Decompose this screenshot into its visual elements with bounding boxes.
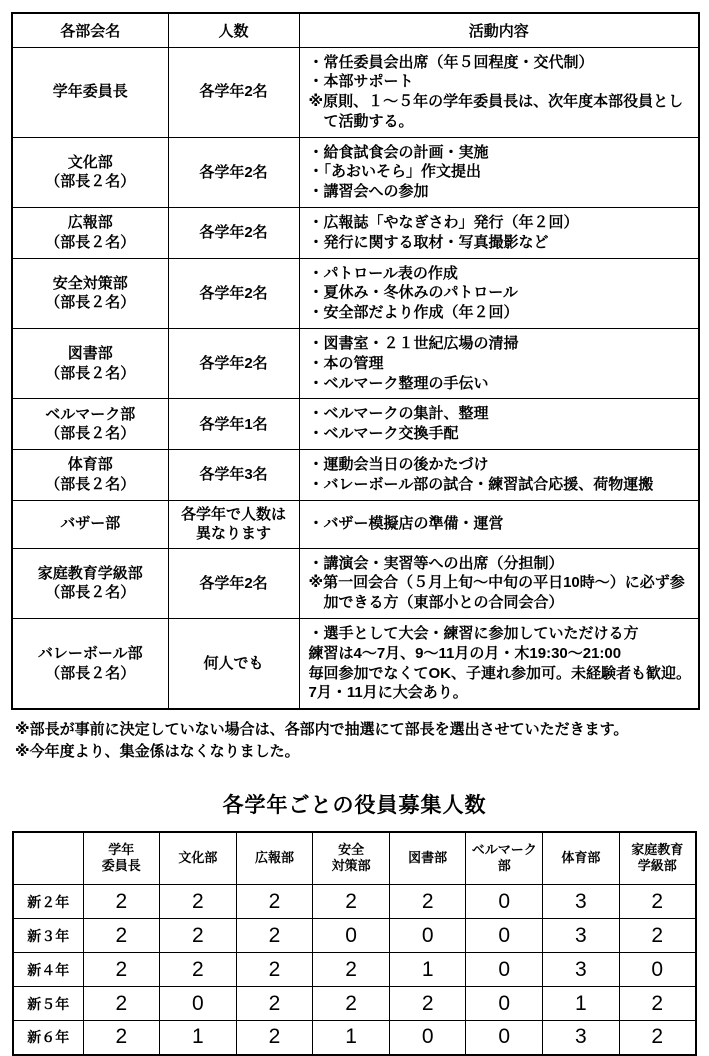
count-cell: 2 bbox=[313, 953, 390, 987]
committee-table: 各部会名 人数 活動内容 学年委員長 各学年2名 ・常任委員会出席（年５回程度・… bbox=[11, 12, 700, 710]
committee-name: 図書部 （部長２名） bbox=[12, 329, 168, 399]
activity-line: ・選手として大会・練習に参加していただける方 bbox=[309, 624, 693, 644]
activity-line: ・「あおいそら」作文提出 bbox=[309, 162, 693, 182]
activity-line: 練習は4～7月、9～11月の月・木19:30～21:00 bbox=[309, 644, 693, 664]
table-row: 体育部 （部長２名） 各学年3名 ・運動会当日の後かたづけ ・バレーボール部の試… bbox=[12, 450, 699, 501]
committee-name: 安全対策部 （部長２名） bbox=[12, 258, 168, 328]
activity-line: ・ベルマーク交換手配 bbox=[309, 424, 693, 444]
count-cell: 1 bbox=[543, 987, 620, 1021]
activity-line: 毎回参加でなくてOK、子連れ参加可。未経験者も歓迎。 bbox=[309, 664, 693, 684]
committee-activities: ・ベルマークの集計、整理 ・ベルマーク交換手配 bbox=[299, 399, 699, 450]
activity-line: ※第一回会合（５月上旬～中旬の平日10時～）に必ず参加できる方（東部小との合同会… bbox=[309, 573, 693, 613]
count-cell: 0 bbox=[313, 919, 390, 953]
grade-label: 新２年 bbox=[13, 885, 83, 919]
table-row: 学年委員長 各学年2名 ・常任委員会出席（年５回程度・交代制） ・本部サポート … bbox=[12, 47, 699, 137]
committee-count: 各学年で人数は 異なります bbox=[168, 500, 299, 548]
count-cell: 2 bbox=[619, 987, 696, 1021]
table-row: 広報部 （部長２名） 各学年2名 ・広報誌「やなぎさわ」発行（年２回） ・発行に… bbox=[12, 208, 699, 259]
table-row: ベルマーク部 （部長２名） 各学年1名 ・ベルマークの集計、整理 ・ベルマーク交… bbox=[12, 399, 699, 450]
count-cell: 2 bbox=[83, 953, 160, 987]
grade-label: 新４年 bbox=[13, 953, 83, 987]
count-cell: 2 bbox=[236, 987, 313, 1021]
count-cell: 0 bbox=[389, 1021, 466, 1055]
recruitment-row: 新３年 2 2 2 0 0 0 3 2 bbox=[13, 919, 696, 953]
committee-count: 各学年3名 bbox=[168, 450, 299, 501]
committee-header-row: 各部会名 人数 活動内容 bbox=[12, 13, 699, 47]
footnotes: ※部長が事前に決定していない場合は、各部内で抽選にて部長を選出させていただきます… bbox=[15, 719, 709, 763]
recruitment-row: 新５年 2 0 2 2 2 0 1 2 bbox=[13, 987, 696, 1021]
count-cell: 0 bbox=[466, 1021, 543, 1055]
committee-activities: ・選手として大会・練習に参加していただける方 練習は4～7月、9～11月の月・木… bbox=[299, 619, 699, 710]
header-member-count: 人数 bbox=[168, 13, 299, 47]
table-row: 文化部 （部長２名） 各学年2名 ・給食試食会の計画・実施 ・「あおいそら」作文… bbox=[12, 137, 699, 207]
activity-line: ・本の管理 bbox=[309, 354, 693, 374]
committee-activities: ・広報誌「やなぎさわ」発行（年２回） ・発行に関する取材・写真撮影など bbox=[299, 208, 699, 259]
recruitment-row: 新２年 2 2 2 2 2 0 3 2 bbox=[13, 885, 696, 919]
count-cell: 3 bbox=[543, 953, 620, 987]
activity-line: ※原則、１～５年の学年委員長は、次年度本部役員として活動する。 bbox=[309, 92, 693, 132]
activity-line: 7月・11月に大会あり。 bbox=[309, 683, 693, 703]
committee-activities: ・図書室・２１世紀広場の清掃 ・本の管理 ・ベルマーク整理の手伝い bbox=[299, 329, 699, 399]
activity-line: ・運動会当日の後かたづけ bbox=[309, 455, 693, 475]
committee-name: ベルマーク部 （部長２名） bbox=[12, 399, 168, 450]
count-cell: 0 bbox=[466, 987, 543, 1021]
committee-count: 何人でも bbox=[168, 619, 299, 710]
activity-line: ・バザー模擬店の準備・運営 bbox=[309, 514, 693, 534]
activity-line: ・図書室・２１世紀広場の清掃 bbox=[309, 334, 693, 354]
header-kohobu: 広報部 bbox=[236, 832, 313, 885]
activity-line: ・講習会への参加 bbox=[309, 182, 693, 202]
committee-count: 各学年1名 bbox=[168, 399, 299, 450]
count-cell: 3 bbox=[543, 885, 620, 919]
committee-name: 家庭教育学級部 （部長２名） bbox=[12, 548, 168, 618]
committee-activities: ・講演会・実習等への出席（分担制） ※第一回会合（５月上旬～中旬の平日10時～）… bbox=[299, 548, 699, 618]
footnote-line: ※部長が事前に決定していない場合は、各部内で抽選にて部長を選出させていただきます… bbox=[15, 719, 709, 741]
footnote-line: ※今年度より、集金係はなくなりました。 bbox=[15, 741, 709, 763]
header-taiikubu: 体育部 bbox=[543, 832, 620, 885]
table-row: バレーボール部 （部長２名） 何人でも ・選手として大会・練習に参加していただけ… bbox=[12, 619, 699, 710]
activity-line: ・バレーボール部の試合・練習試合応援、荷物運搬 bbox=[309, 475, 693, 495]
count-cell: 2 bbox=[313, 987, 390, 1021]
activity-line: ・発行に関する取材・写真撮影など bbox=[309, 233, 693, 253]
activity-line: ・ベルマークの集計、整理 bbox=[309, 404, 693, 424]
count-cell: 2 bbox=[313, 885, 390, 919]
count-cell: 0 bbox=[466, 885, 543, 919]
activity-line: ・安全部だより作成（年２回） bbox=[309, 303, 693, 323]
recruitment-table-title: 各学年ごとの役員募集人数 bbox=[0, 789, 709, 819]
count-cell: 1 bbox=[160, 1021, 237, 1055]
header-bunkabu: 文化部 bbox=[160, 832, 237, 885]
header-activities: 活動内容 bbox=[299, 13, 699, 47]
count-cell: 0 bbox=[160, 987, 237, 1021]
recruitment-table: 学年 委員長 文化部 広報部 安全 対策部 図書部 ベルマーク 部 体育部 家庭… bbox=[12, 831, 697, 1056]
committee-activities: ・給食試食会の計画・実施 ・「あおいそら」作文提出 ・講習会への参加 bbox=[299, 137, 699, 207]
header-toshobu: 図書部 bbox=[389, 832, 466, 885]
committee-name: 学年委員長 bbox=[12, 47, 168, 137]
count-cell: 2 bbox=[236, 919, 313, 953]
count-cell: 0 bbox=[466, 953, 543, 987]
activity-line: ・給食試食会の計画・実施 bbox=[309, 143, 693, 163]
committee-activities: ・常任委員会出席（年５回程度・交代制） ・本部サポート ※原則、１～５年の学年委… bbox=[299, 47, 699, 137]
count-cell: 2 bbox=[619, 919, 696, 953]
corner-cell bbox=[13, 832, 83, 885]
table-row: 安全対策部 （部長２名） 各学年2名 ・パトロール表の作成 ・夏休み・冬休みのパ… bbox=[12, 258, 699, 328]
count-cell: 0 bbox=[466, 919, 543, 953]
recruitment-header-row: 学年 委員長 文化部 広報部 安全 対策部 図書部 ベルマーク 部 体育部 家庭… bbox=[13, 832, 696, 885]
committee-name: 広報部 （部長２名） bbox=[12, 208, 168, 259]
table-row: バザー部 各学年で人数は 異なります ・バザー模擬店の準備・運営 bbox=[12, 500, 699, 548]
document-page: 各部会名 人数 活動内容 学年委員長 各学年2名 ・常任委員会出席（年５回程度・… bbox=[0, 0, 709, 1056]
activity-line: ・本部サポート bbox=[309, 72, 693, 92]
count-cell: 1 bbox=[389, 953, 466, 987]
header-bellmark-bu: ベルマーク 部 bbox=[466, 832, 543, 885]
committee-count: 各学年2名 bbox=[168, 47, 299, 137]
activity-line: ・広報誌「やなぎさわ」発行（年２回） bbox=[309, 213, 693, 233]
committee-name: 文化部 （部長２名） bbox=[12, 137, 168, 207]
count-cell: 1 bbox=[313, 1021, 390, 1055]
count-cell: 2 bbox=[160, 953, 237, 987]
count-cell: 2 bbox=[83, 987, 160, 1021]
committee-count: 各学年2名 bbox=[168, 208, 299, 259]
count-cell: 0 bbox=[389, 919, 466, 953]
count-cell: 2 bbox=[389, 885, 466, 919]
count-cell: 2 bbox=[236, 885, 313, 919]
count-cell: 0 bbox=[619, 953, 696, 987]
recruitment-row: 新４年 2 2 2 2 1 0 3 0 bbox=[13, 953, 696, 987]
committee-count: 各学年2名 bbox=[168, 137, 299, 207]
count-cell: 2 bbox=[160, 919, 237, 953]
count-cell: 2 bbox=[619, 1021, 696, 1055]
table-row: 家庭教育学級部 （部長２名） 各学年2名 ・講演会・実習等への出席（分担制） ※… bbox=[12, 548, 699, 618]
count-cell: 2 bbox=[83, 885, 160, 919]
count-cell: 3 bbox=[543, 1021, 620, 1055]
header-committee-name: 各部会名 bbox=[12, 13, 168, 47]
committee-name: バレーボール部 （部長２名） bbox=[12, 619, 168, 710]
count-cell: 2 bbox=[83, 1021, 160, 1055]
count-cell: 3 bbox=[543, 919, 620, 953]
activity-line: ・パトロール表の作成 bbox=[309, 264, 693, 284]
count-cell: 2 bbox=[236, 953, 313, 987]
grade-label: 新５年 bbox=[13, 987, 83, 1021]
committee-count: 各学年2名 bbox=[168, 258, 299, 328]
activity-line: ・ベルマーク整理の手伝い bbox=[309, 374, 693, 394]
committee-activities: ・運動会当日の後かたづけ ・バレーボール部の試合・練習試合応援、荷物運搬 bbox=[299, 450, 699, 501]
committee-activities: ・パトロール表の作成 ・夏休み・冬休みのパトロール ・安全部だより作成（年２回） bbox=[299, 258, 699, 328]
activity-line: ・常任委員会出席（年５回程度・交代制） bbox=[309, 53, 693, 73]
count-cell: 2 bbox=[236, 1021, 313, 1055]
count-cell: 2 bbox=[619, 885, 696, 919]
count-cell: 2 bbox=[83, 919, 160, 953]
grade-label: 新６年 bbox=[13, 1021, 83, 1055]
activity-line: ・講演会・実習等への出席（分担制） bbox=[309, 554, 693, 574]
count-cell: 2 bbox=[389, 987, 466, 1021]
recruitment-row: 新６年 2 1 2 1 0 0 3 2 bbox=[13, 1021, 696, 1055]
committee-activities: ・バザー模擬店の準備・運営 bbox=[299, 500, 699, 548]
committee-count: 各学年2名 bbox=[168, 329, 299, 399]
grade-label: 新３年 bbox=[13, 919, 83, 953]
table-row: 図書部 （部長２名） 各学年2名 ・図書室・２１世紀広場の清掃 ・本の管理 ・ベ… bbox=[12, 329, 699, 399]
activity-line: ・夏休み・冬休みのパトロール bbox=[309, 283, 693, 303]
header-gakunen-iincho: 学年 委員長 bbox=[83, 832, 160, 885]
committee-name: バザー部 bbox=[12, 500, 168, 548]
header-katei-kyoiku: 家庭教育 学級部 bbox=[619, 832, 696, 885]
committee-name: 体育部 （部長２名） bbox=[12, 450, 168, 501]
committee-count: 各学年2名 bbox=[168, 548, 299, 618]
count-cell: 2 bbox=[160, 885, 237, 919]
header-anzen-taisakubu: 安全 対策部 bbox=[313, 832, 390, 885]
